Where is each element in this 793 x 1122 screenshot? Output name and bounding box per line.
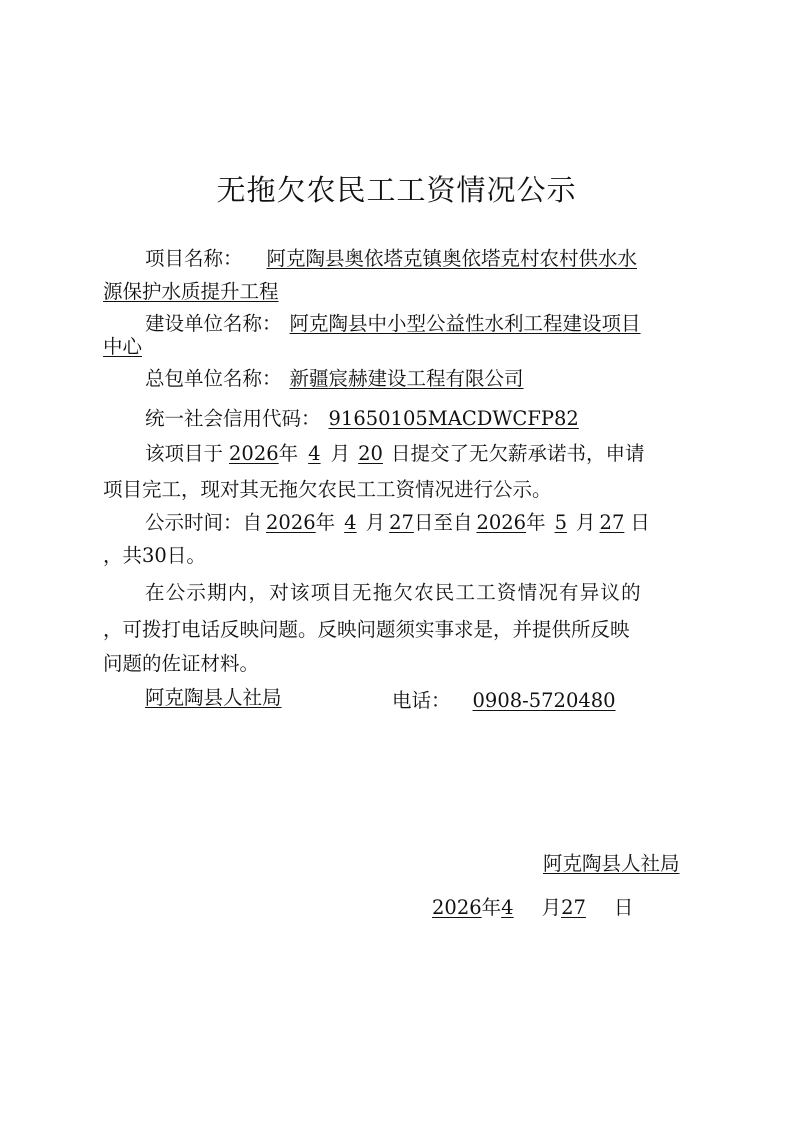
period-start-year: 2026 — [262, 511, 316, 534]
signature-date: 2026年4月27日 — [432, 892, 633, 920]
credit-code-row: 统一社会信用代码：91650105MACDWCFP82 — [145, 406, 579, 432]
commit-day: 20 — [350, 442, 391, 465]
signature-org: 阿克陶县人社局 — [543, 848, 680, 876]
objection-row-2: ，可拨打电话反映问题。反映问题须实事求是，并提供所反映 — [103, 617, 630, 643]
phone-label: 电话： — [392, 689, 451, 712]
builder-value-1: 阿克陶县中小型公益性水利工程建设项目 — [282, 312, 641, 335]
project-name-row-2: 源保护水质提升工程 — [103, 279, 279, 305]
builder-value-2: 中心 — [103, 335, 142, 358]
project-name-row: 项目名称：阿克陶县奥依塔克镇奥依塔克村农村供水水 — [145, 246, 637, 272]
contractor-value: 新疆宸赫建设工程有限公司 — [282, 367, 524, 390]
phone-row: 电话：0908-5720480 — [392, 685, 616, 713]
signature-year: 2026 — [432, 896, 482, 919]
builder-row-2: 中心 — [103, 334, 142, 360]
commit-month: 4 — [298, 442, 330, 465]
contractor-label: 总包单位名称： — [145, 367, 282, 390]
project-name-value-2: 源保护水质提升工程 — [103, 280, 279, 303]
signature-month: 4 — [501, 896, 541, 919]
period-start-day: 27 — [385, 511, 414, 534]
bureau-name: 阿克陶县人社局 — [145, 686, 282, 709]
phone-value: 0908-5720480 — [451, 689, 616, 712]
objection-row-3: 问题的佐证材料。 — [103, 651, 259, 677]
signature-day: 27 — [561, 896, 614, 919]
period-end-month: 5 — [546, 511, 576, 534]
credit-code-label: 统一社会信用代码： — [145, 407, 321, 430]
contractor-row: 总包单位名称：新疆宸赫建设工程有限公司 — [145, 366, 524, 392]
credit-code-value: 91650105MACDWCFP82 — [321, 407, 579, 430]
period-row-2: ，共30日。 — [103, 543, 206, 569]
builder-row: 建设单位名称：阿克陶县中小型公益性水利工程建设项目 — [145, 311, 641, 337]
objection-row-1: 在公示期内，对该项目无拖欠农民工工资情况有异议的 — [145, 580, 642, 606]
period-end-year: 2026 — [472, 511, 526, 534]
project-name-value-1: 阿克陶县奥依塔克镇奥依塔克村农村供水水 — [243, 247, 638, 270]
document-title: 无拖欠农民工工资情况公示 — [0, 168, 793, 209]
project-name-label: 项目名称： — [145, 247, 243, 270]
commitment-row: 该项目于2026年4月20日提交了无欠薪承诺书，申请 — [145, 441, 644, 467]
period-start-month: 4 — [335, 511, 365, 534]
builder-label: 建设单位名称： — [145, 312, 282, 335]
period-end-day: 27 — [596, 511, 631, 534]
commit-year: 2026 — [223, 442, 279, 465]
commitment-row-2: 项目完工，现对其无拖欠农民工工资情况进行公示。 — [103, 477, 552, 503]
period-row: 公示时间：自2026年4月27日至自2026年5月27日 — [145, 510, 650, 536]
bureau-row: 阿克陶县人社局 — [145, 685, 282, 711]
